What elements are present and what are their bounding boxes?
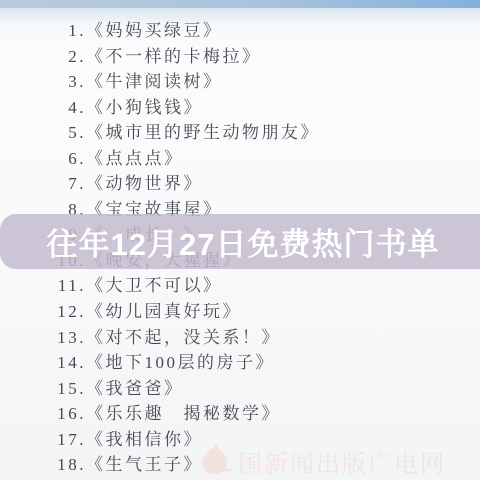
book-item-title: 《小狗钱钱》	[86, 98, 203, 117]
book-item-title: 《地下100层的房子》	[86, 353, 275, 372]
book-item-number: 15.	[52, 376, 86, 402]
book-list-item: 1.《妈妈买绿豆》	[52, 18, 480, 44]
book-list-item: 7.《动物世界》	[52, 171, 480, 197]
book-item-number: 1.	[52, 18, 86, 44]
book-list-item: 14.《地下100层的房子》	[52, 350, 480, 376]
book-list-item: 17.《我相信你》	[52, 427, 480, 453]
book-list-item: 12.《幼儿园真好玩》	[52, 299, 480, 325]
book-item-title: 《我相信你》	[86, 430, 203, 449]
book-list-item: 15.《我爸爸》	[52, 376, 480, 402]
book-item-number: 13.	[52, 325, 86, 351]
book-list-item: 13.《对不起，没关系！》	[52, 325, 480, 351]
book-item-title: 《大卫不可以》	[86, 276, 223, 295]
book-item-title: 《妈妈买绿豆》	[86, 21, 223, 40]
book-item-number: 11.	[52, 273, 86, 299]
book-item-title: 《生气王子》	[86, 455, 203, 474]
book-list-item: 11.《大卫不可以》	[52, 273, 480, 299]
top-gradient-strip	[0, 0, 480, 8]
book-item-number: 3.	[52, 69, 86, 95]
book-item-number: 14.	[52, 350, 86, 376]
book-list-item: 3.《牛津阅读树》	[52, 69, 480, 95]
book-list-item: 16.《乐乐趣 揭秘数学》	[52, 401, 480, 427]
book-item-number: 18.	[52, 452, 86, 478]
book-item-title: 《对不起，没关系！》	[86, 328, 281, 347]
headline-banner-title: 往年12月27日免费热门书单	[41, 219, 440, 264]
book-item-number: 6.	[52, 146, 86, 172]
book-list-item: 2.《不一样的卡梅拉》	[52, 44, 480, 70]
book-item-title: 《幼儿园真好玩》	[86, 302, 242, 321]
screenshot-page: 1.《妈妈买绿豆》2.《不一样的卡梅拉》3.《牛津阅读树》4.《小狗钱钱》5.《…	[0, 0, 480, 480]
book-item-title: 《不一样的卡梅拉》	[86, 47, 262, 66]
book-list-item: 6.《点点点》	[52, 146, 480, 172]
book-item-number: 2.	[52, 44, 86, 70]
book-item-title: 《动物世界》	[86, 174, 203, 193]
book-item-number: 5.	[52, 120, 86, 146]
book-item-title: 《牛津阅读树》	[86, 72, 223, 91]
book-item-title: 《我爸爸》	[86, 379, 184, 398]
book-list-item: 5.《城市里的野生动物朋友》	[52, 120, 480, 146]
book-item-title: 《点点点》	[86, 149, 184, 168]
book-item-number: 4.	[52, 95, 86, 121]
book-item-number: 7.	[52, 171, 86, 197]
headline-banner: 往年12月27日免费热门书单	[0, 214, 480, 269]
book-item-number: 12.	[52, 299, 86, 325]
book-item-number: 17.	[52, 427, 86, 453]
book-list-item: 18.《生气王子》	[52, 452, 480, 478]
book-item-title: 《乐乐趣 揭秘数学》	[86, 404, 281, 423]
book-item-title: 《城市里的野生动物朋友》	[86, 123, 320, 142]
book-item-number: 16.	[52, 401, 86, 427]
book-list-item: 4.《小狗钱钱》	[52, 95, 480, 121]
